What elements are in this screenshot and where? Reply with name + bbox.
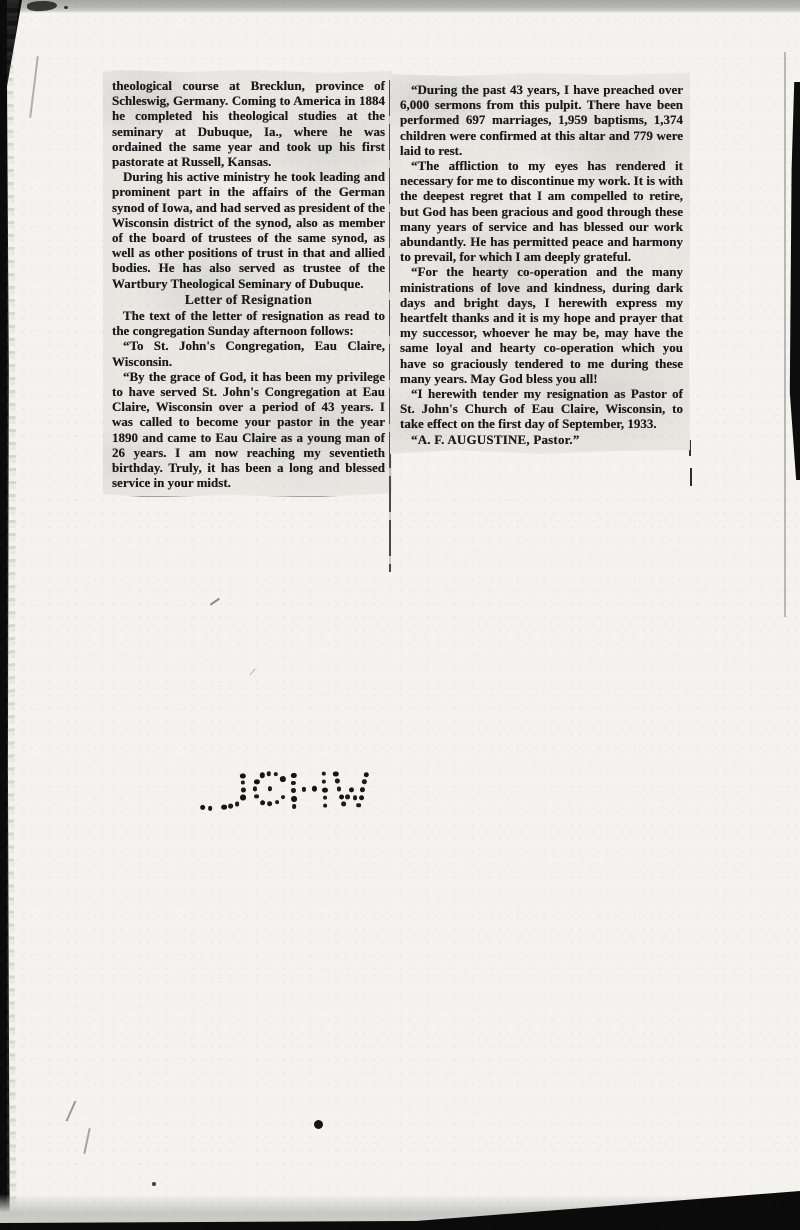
scratch-mark: [250, 669, 256, 676]
stamp-dot: [349, 787, 354, 792]
stamp-dot: [291, 796, 296, 801]
stamp-dot: [292, 804, 297, 809]
stamp-dot: [323, 795, 328, 800]
ink-dot-large: [314, 1120, 323, 1129]
stamp-dot: [254, 779, 259, 784]
scratch-mark: [83, 1128, 90, 1154]
stamp-dot: [356, 803, 361, 808]
stamp-dot: [268, 786, 273, 791]
stamp-dot: [241, 787, 246, 792]
stamp-dot: [240, 773, 245, 778]
stamp-dot: [342, 802, 347, 807]
stamp-dot: [337, 786, 342, 791]
stamp-dot: [281, 795, 286, 800]
stamp-dot: [260, 772, 265, 777]
stamp-dot: [323, 803, 328, 808]
stamp-dot: [241, 780, 246, 785]
scan-top-edge-band: [0, 0, 800, 13]
scan-right-edge-black: [788, 82, 800, 480]
scratch-mark: [210, 598, 220, 606]
clipping-edge-mark: [690, 468, 692, 486]
stamp-dot: [359, 795, 364, 800]
stamp-dot: [353, 795, 358, 800]
perforation-stamp: [199, 770, 379, 816]
newspaper-clipping-right: “During the past 43 years, I have preach…: [390, 73, 690, 454]
stamp-dot: [322, 787, 327, 792]
article-paragraph: The text of the letter of resignation as…: [112, 308, 385, 338]
stamp-dot: [302, 787, 307, 792]
stamp-dot: [228, 804, 233, 809]
scan-right-edge-line: [784, 52, 786, 617]
scratch-mark: [66, 1101, 76, 1122]
scan-left-edge-shadow: [7, 0, 19, 1230]
stamp-dot: [200, 805, 205, 810]
stamp-dot: [252, 787, 257, 792]
stamp-dot: [260, 800, 265, 805]
article-paragraph: theological course at Brecklun, province…: [112, 78, 385, 169]
stamp-dot: [275, 800, 280, 805]
stamp-dot: [235, 802, 240, 807]
article-paragraph: “During the past 43 years, I have preach…: [400, 82, 683, 158]
stamp-dot: [267, 801, 272, 806]
stamp-dot: [274, 772, 279, 777]
article-paragraph: “For the hearty co-operation and the man…: [400, 264, 683, 386]
stamp-dot: [333, 771, 338, 776]
stamp-dot: [267, 771, 272, 776]
scanned-page: theological course at Brecklun, province…: [0, 0, 800, 1230]
scratch-mark: [29, 56, 38, 118]
stamp-dot: [345, 795, 350, 800]
stamp-dot: [362, 779, 367, 784]
stamp-dot: [254, 794, 259, 799]
stamp-dot: [222, 805, 227, 810]
stamp-dot: [335, 779, 340, 784]
ink-dot-small: [152, 1182, 156, 1186]
stamp-dot: [360, 788, 365, 793]
article-paragraph: “I herewith tender my resignation as Pas…: [400, 386, 683, 432]
article-paragraph: “The affliction to my eyes has rendered …: [400, 158, 683, 264]
stamp-dot: [291, 772, 296, 777]
stamp-dot: [208, 806, 213, 811]
stamp-dot: [339, 794, 344, 799]
article-paragraph: “By the grace of God, it has been my pri…: [112, 369, 385, 491]
stamp-dot: [280, 776, 285, 781]
stamp-dot: [364, 772, 369, 777]
stamp-dot: [240, 795, 245, 800]
article-paragraph: “To St. John's Congregation, Eau Claire,…: [112, 338, 385, 368]
stamp-dot: [291, 788, 296, 793]
section-heading: Letter of Resignation: [112, 292, 385, 307]
ink-speck: [64, 6, 68, 9]
stamp-dot: [291, 780, 296, 785]
stamp-dot: [322, 779, 327, 784]
newspaper-clipping-left: theological course at Brecklun, province…: [103, 70, 392, 497]
signature-line: “A. F. AUGUSTINE, Pastor.”: [400, 432, 683, 447]
stamp-dot: [312, 786, 317, 791]
stamp-dot: [321, 771, 326, 776]
article-paragraph: During his active ministry he took leadi…: [112, 169, 385, 291]
